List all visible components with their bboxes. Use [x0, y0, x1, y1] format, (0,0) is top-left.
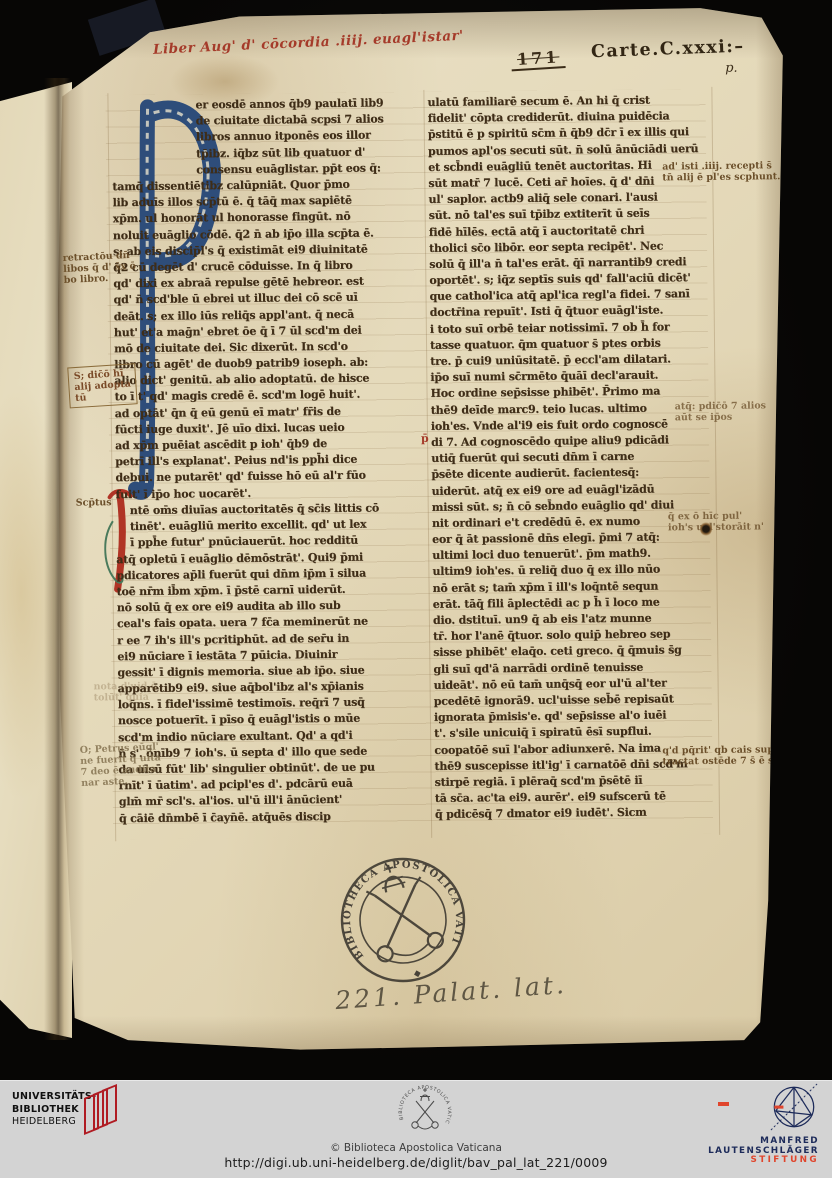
text-line: tolūt' quia [94, 692, 158, 704]
digitized-manuscript-page: Liber Aug' d' cōcordia .iiij. euagl'ista… [0, 0, 832, 1178]
text-line: q'd pq̄rit' qb cais sup [662, 744, 808, 757]
text-line: Scp̄tus [76, 497, 112, 508]
text-line: tn̄ alij ē pl'es scphunt. [662, 171, 780, 183]
text-line: ioh's ucl'storāit n' [668, 521, 764, 533]
ub-heidelberg-logo [84, 1085, 128, 1133]
red-paragraph-mark: p̄ [421, 432, 429, 445]
column1-body-lines: tamq̄ dissentiētibz calūpniāt. Quor p̄mo… [112, 177, 433, 505]
margin-note-right: ad' isti .iiij. recepti s̄tn̄ alij ē pl'… [662, 160, 780, 183]
text-line: aūt se ip̄os [675, 411, 766, 423]
margin-note-left: O; Petrus eūgl'ne fuerit q̄ uita7 deo ē … [79, 741, 162, 789]
parchment-page: Liber Aug' d' cōcordia .iiij. euagl'ista… [55, 6, 785, 1058]
lautenschlaeger-red-dash [718, 1102, 729, 1106]
book-gutter-shadow [44, 78, 70, 1040]
margin-note-faded: nota d'uid q̄tolūt' quia [94, 681, 158, 704]
column2-lines: ulatū familiarē secum ē. An hi q̄ cristf… [427, 93, 719, 830]
svg-text:◆: ◆ [413, 968, 422, 979]
biblioteca-apostolica-vaticana-logo: BIBLIOTECA APOSTOLICA VATICANA [396, 1083, 454, 1141]
margin-note-right: q'd pq̄rit' qb cais suptractat ostēde 7 … [662, 744, 808, 768]
margin-note-left: retractōu dn̄libos q̄ d' x̄x ōbo libro. [63, 250, 137, 286]
lautenschlaeger-stiftung-logo [769, 1082, 819, 1132]
column1-section-lines: ntē om̄s diuīas auctoritatēs q̄ sc̄is li… [116, 501, 437, 834]
column1-opening-lines: er eosdē annos q̄b9 paulatī lib9de ciuit… [195, 96, 432, 180]
mls-line3: STIFTUNG [708, 1156, 819, 1166]
margin-note-right: q̄ ex ō hīc pul'ioh's ucl'storāit n' [668, 510, 764, 533]
footer-bar: UNIVERSITÄTS- BIBLIOTHEK HEIDELBERG [0, 1080, 832, 1178]
margin-note-right: atq̄: pdic̄ō 7 aliosaūt se ip̄os [675, 400, 767, 423]
svg-text:BIBLIOTECA APOSTOLICA VATICANA: BIBLIOTECA APOSTOLICA VATICANA [396, 1083, 452, 1125]
folio-submark: p. [725, 61, 738, 76]
text-line: tū [75, 390, 132, 405]
text-line: q̄ cāiē dn̄mbē ī c̄ayn̄ē. atq̄uēs discip [119, 808, 437, 828]
margin-note-boxed: S; dic̄ō hīalij adoptatū [67, 363, 138, 408]
text-line: q̄ pdicēsq̄ 7 dmator ei9 iudēt'. Sicm [435, 805, 719, 824]
parchment-hole [700, 522, 712, 536]
text-line: atq̄: pdic̄ō 7 alios [675, 400, 766, 412]
margin-note-left: Scp̄tus [76, 497, 112, 508]
text-line: tractat ostēde 7 s̄ ē seq̄ ser. [662, 755, 808, 768]
struck-foliation: 171 [510, 47, 566, 71]
lautenschlaeger-wordmark: MANFRED LAUTENSCHLÄGER STIFTUNG [708, 1137, 819, 1166]
manuscript-photo: Liber Aug' d' cōcordia .iiij. euagl'ista… [0, 0, 832, 1080]
rubric-title: Liber Aug' d' cōcordia .iiij. euagl'ista… [153, 29, 443, 58]
folio-number: Carte.C.xxxi:– [591, 37, 745, 63]
text-line: nota d'uid q̄ [94, 681, 158, 693]
